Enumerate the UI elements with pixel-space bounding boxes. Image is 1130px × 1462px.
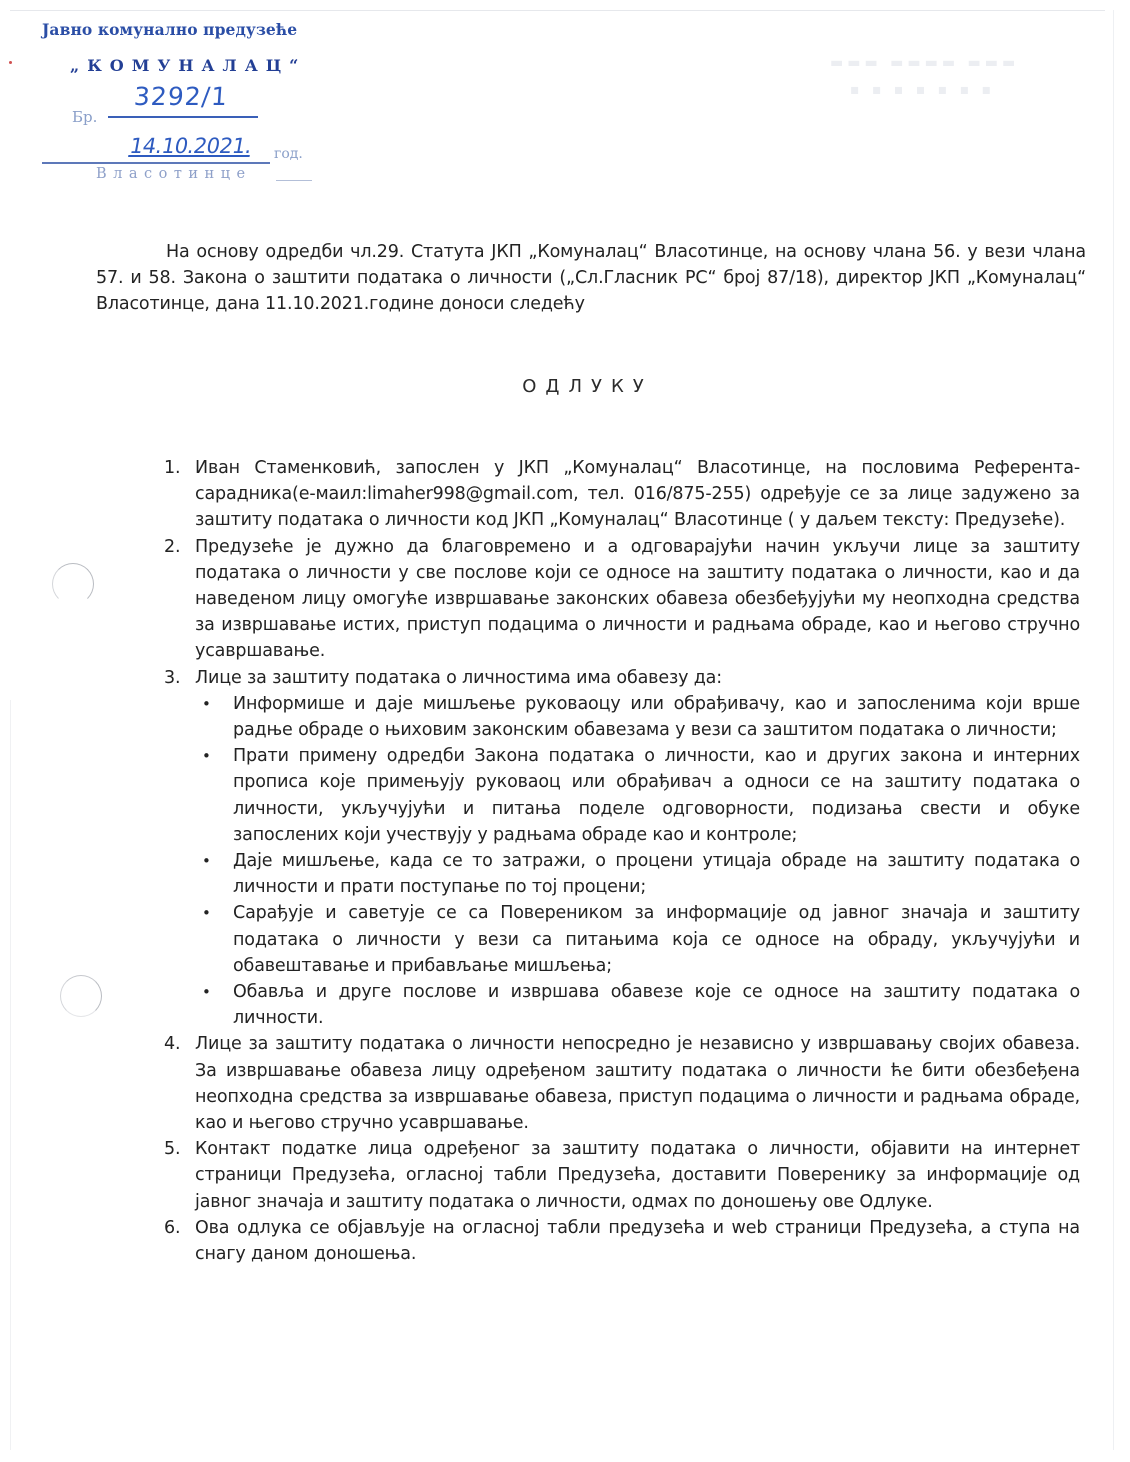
ink-speck bbox=[9, 61, 12, 64]
page-edge-left bbox=[10, 700, 11, 1450]
item-number: 5. bbox=[164, 1136, 180, 1162]
bullet-icon: • bbox=[202, 979, 211, 1005]
intro-text: На основу одредби чл.29. Статута ЈКП „Ко… bbox=[96, 242, 1086, 314]
obligation-item: • Обавља и друге послове и извршава обав… bbox=[195, 979, 1080, 1031]
intro-paragraph: На основу одредби чл.29. Статута ЈКП „Ко… bbox=[96, 239, 1086, 317]
item-text: Иван Стаменковић, запослен у ЈКП „Комуна… bbox=[195, 458, 1080, 530]
obligation-text: Сарађује и саветује се са Повереником за… bbox=[233, 903, 1080, 975]
bullet-icon: • bbox=[202, 848, 211, 874]
stamp-number-underline bbox=[108, 116, 258, 118]
punch-hole-top bbox=[52, 563, 94, 605]
item-number: 3. bbox=[164, 665, 180, 691]
obligation-text: Обавља и друге послове и извршава обавез… bbox=[233, 982, 1080, 1028]
bleed-through-text: ▬▬▬ ▬▬▬▬ ▬▬▬ bbox=[830, 55, 1019, 71]
item-text: Лице за заштиту података о личности непо… bbox=[195, 1034, 1080, 1133]
item-text: Лице за заштиту података о личностима им… bbox=[195, 668, 722, 688]
obligation-text: Даје мишљење, када се то затражи, о проц… bbox=[233, 851, 1080, 897]
decision-item-6: 6. Ова одлука се објављује на огласној т… bbox=[164, 1215, 1080, 1267]
obligation-text: Прати примену одредби Закона података о … bbox=[233, 746, 1080, 845]
item-number: 6. bbox=[164, 1215, 180, 1241]
obligation-text: Информише и даје мишљење руковаоцу или о… bbox=[233, 694, 1080, 740]
document-title: ОДЛУКУ bbox=[0, 376, 1130, 397]
decision-item-2: 2. Предузеће је дужно да благовремено и … bbox=[164, 534, 1080, 665]
bleed-through-text: ▪ ▪ ▪ ▪ ▪ ▪ ▪ bbox=[850, 82, 995, 98]
item-number: 2. bbox=[164, 534, 180, 560]
page-edge-top bbox=[10, 10, 1105, 11]
decision-item-4: 4. Лице за заштиту података о личности н… bbox=[164, 1031, 1080, 1136]
bullet-icon: • bbox=[202, 691, 211, 717]
decision-item-1: 1. Иван Стаменковић, запослен у ЈКП „Ком… bbox=[164, 455, 1080, 534]
item-number: 4. bbox=[164, 1031, 180, 1057]
item-text: Контакт податке лица одређеног за заштит… bbox=[195, 1139, 1080, 1211]
item-text: Предузеће је дужно да благовремено и а о… bbox=[195, 537, 1080, 662]
stamp-place: Власотинце bbox=[96, 166, 252, 182]
stamp-date-underline bbox=[42, 162, 270, 164]
stamp-organization-name: „КОМУНАЛАЦ“ bbox=[70, 56, 306, 75]
obligation-item: • Сарађује и саветује се са Повереником … bbox=[195, 900, 1080, 979]
obligation-item: • Прати примену одредби Закона података … bbox=[195, 743, 1080, 848]
stamp-date-value: 14.10.2021. bbox=[128, 134, 254, 158]
bullet-icon: • bbox=[202, 743, 211, 769]
obligation-item: • Даје мишљење, када се то затражи, о пр… bbox=[195, 848, 1080, 900]
registry-stamp: Јавно комунално предузеће „КОМУНАЛАЦ“ Бр… bbox=[38, 16, 318, 176]
stamp-year-suffix: год. bbox=[274, 146, 303, 162]
decision-item-5: 5. Контакт податке лица одређеног за заш… bbox=[164, 1136, 1080, 1215]
decision-items-list: 1. Иван Стаменковић, запослен у ЈКП „Ком… bbox=[164, 455, 1080, 1267]
item-text: Ова одлука се објављује на огласној табл… bbox=[195, 1218, 1080, 1264]
stamp-place-dash bbox=[276, 180, 312, 181]
stamp-organization-type: Јавно комунално предузеће bbox=[42, 20, 297, 39]
obligations-list: • Информише и даје мишљење руковаоцу или… bbox=[195, 691, 1080, 1032]
page-edge-right bbox=[1113, 10, 1114, 1450]
bullet-icon: • bbox=[202, 900, 211, 926]
punch-hole-bottom bbox=[60, 975, 102, 1017]
decision-item-3: 3. Лице за заштиту података о личностима… bbox=[164, 665, 1080, 1032]
obligation-item: • Информише и даје мишљење руковаоцу или… bbox=[195, 691, 1080, 743]
stamp-number-value: 3292/1 bbox=[133, 82, 229, 111]
item-number: 1. bbox=[164, 455, 180, 481]
stamp-number-label: Бр. bbox=[72, 108, 97, 126]
